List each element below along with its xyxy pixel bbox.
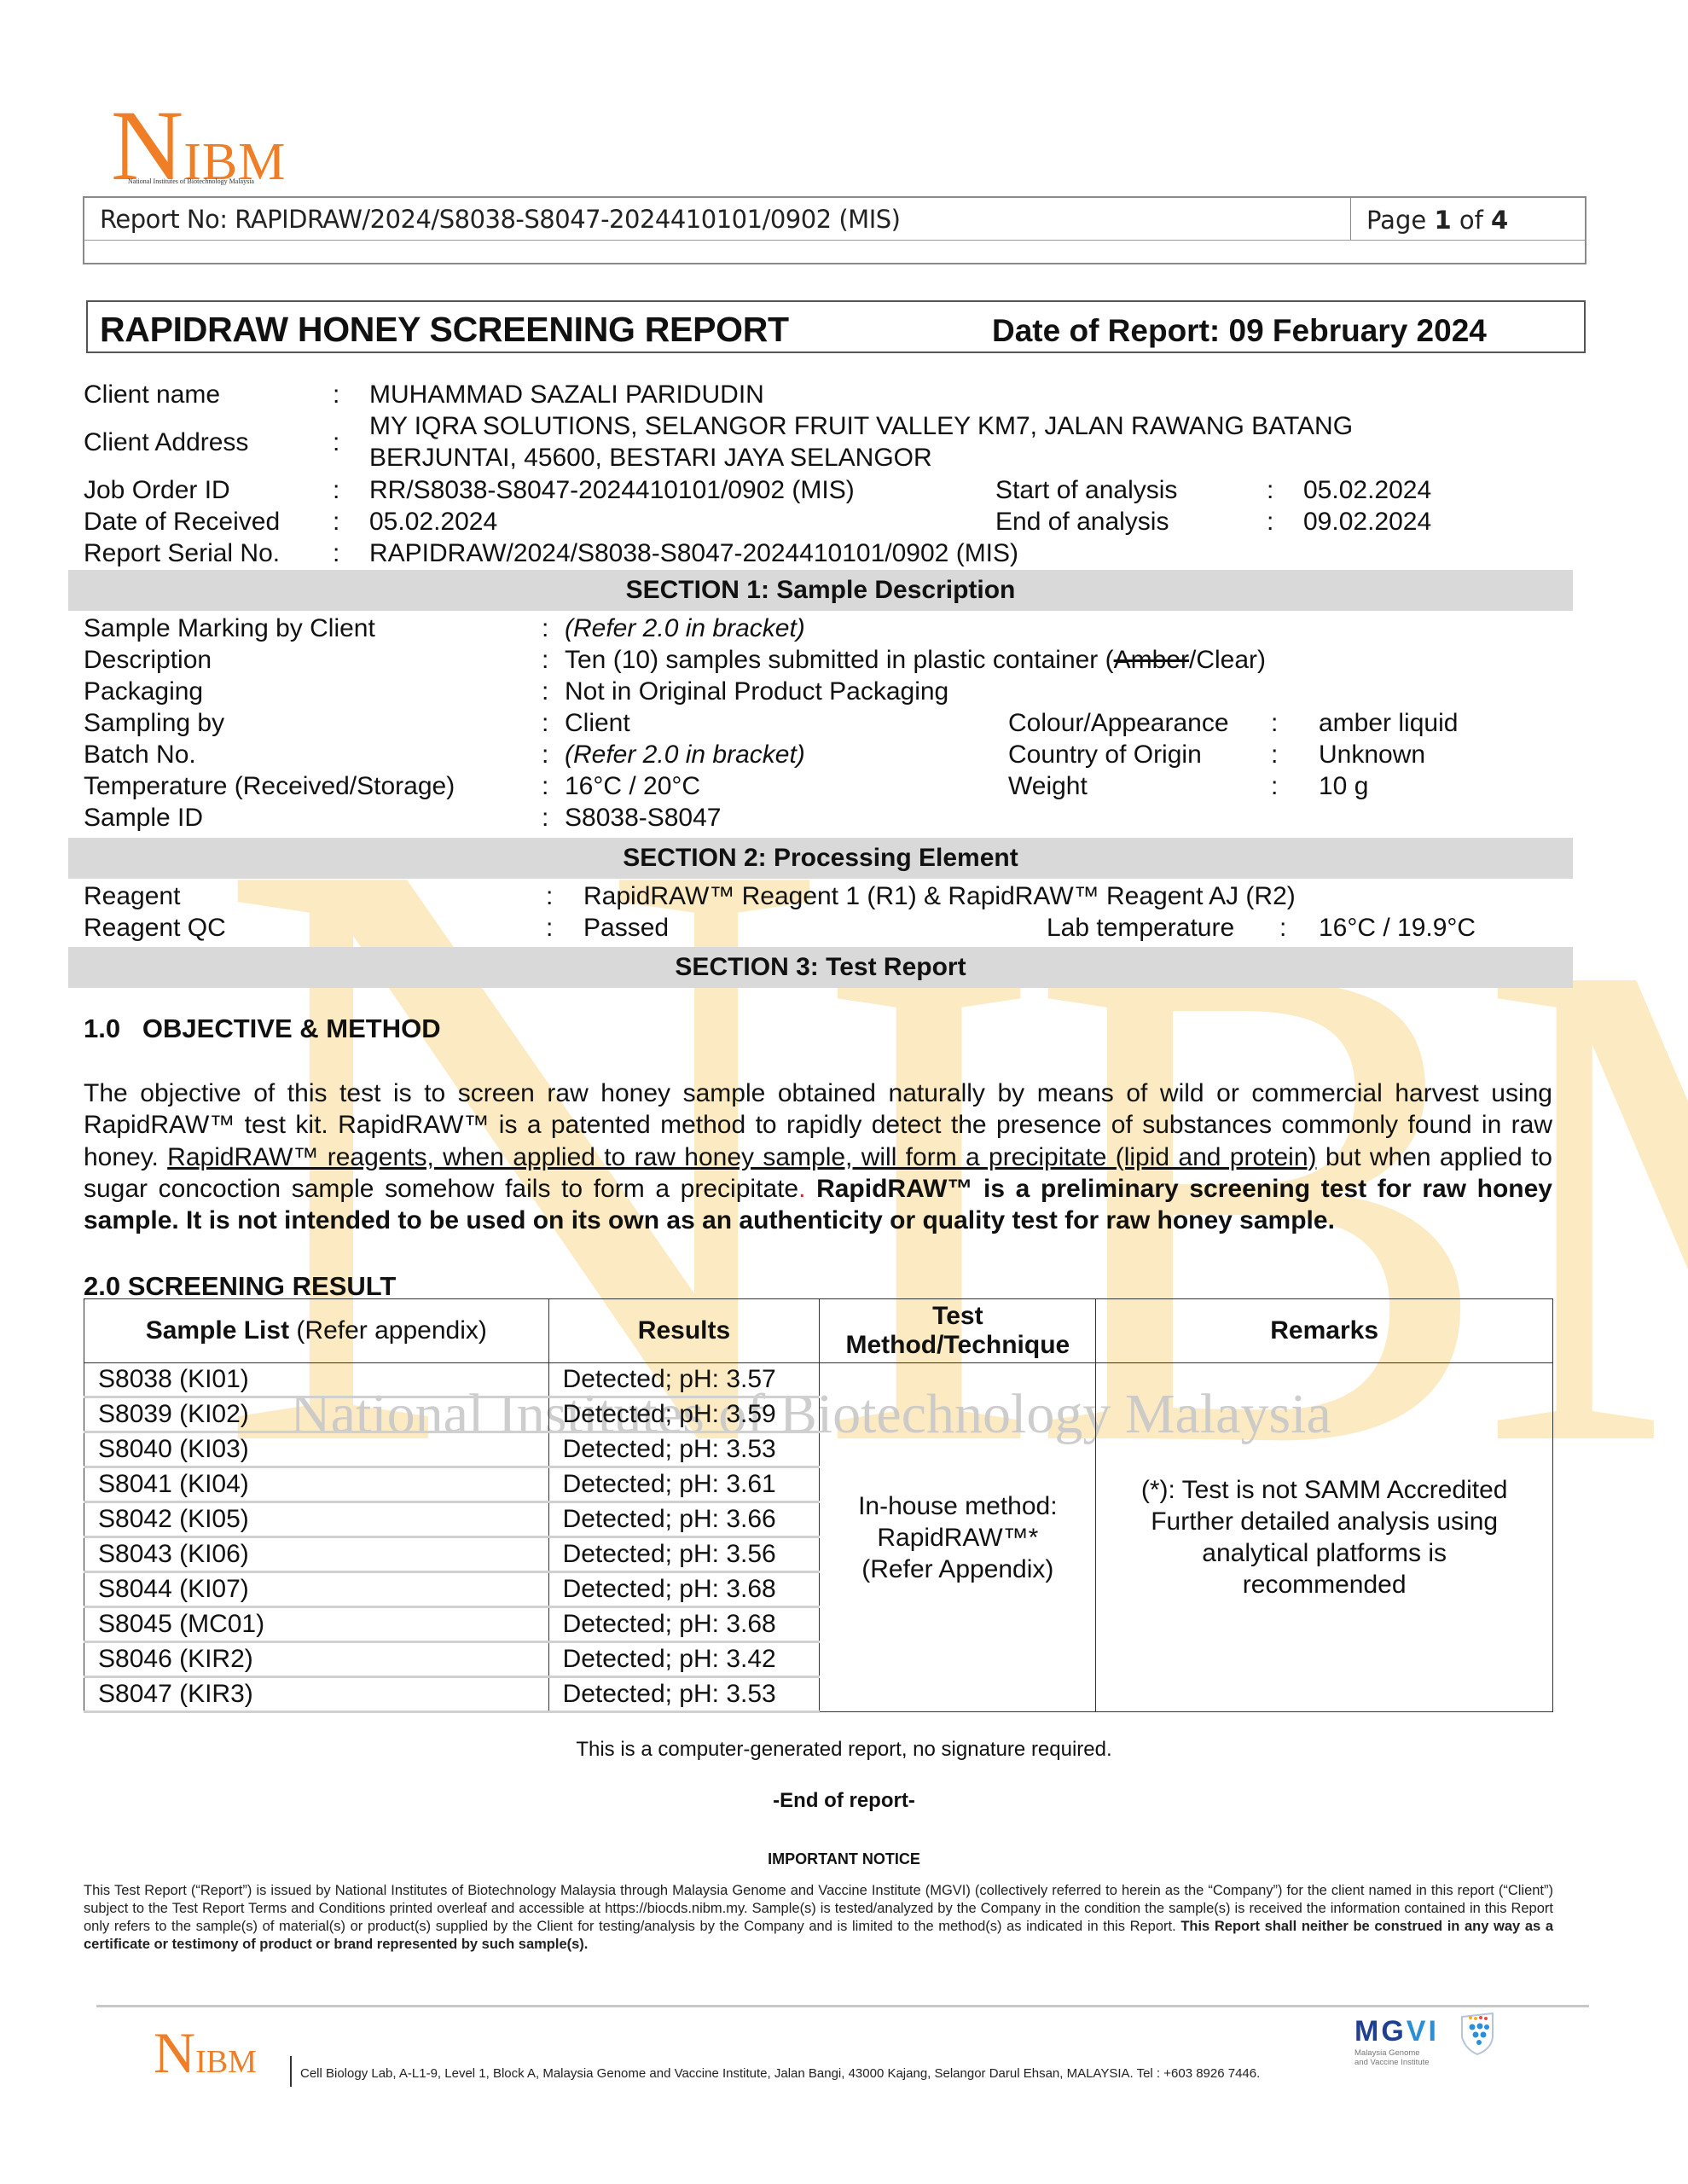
header-sample-list: Sample List (Refer appendix) xyxy=(84,1299,549,1363)
method-cell: In-house method:RapidRAW™*(Refer Appendi… xyxy=(820,1363,1096,1712)
client-address-line1: MY IQRA SOLUTIONS, SELANGOR FRUIT VALLEY… xyxy=(369,412,1353,441)
client-address-label: Client Address xyxy=(84,428,248,457)
result-cell: Detected; pH: 3.59 xyxy=(548,1397,820,1432)
page-label: Page xyxy=(1366,206,1426,235)
page-current: 1 xyxy=(1434,206,1451,235)
temperature: 16°C / 20°C xyxy=(565,772,700,801)
result-cell: Detected; pH: 3.61 xyxy=(548,1467,820,1502)
section3-header: SECTION 3: Test Report xyxy=(68,947,1573,988)
section2-header: SECTION 2: Processing Element xyxy=(68,838,1573,879)
client-address-line2: BERJUNTAI, 45600, BESTARI JAYA SELANGOR xyxy=(369,444,932,473)
result-cell: Detected; pH: 3.56 xyxy=(548,1537,820,1572)
sample-cell: S8042 (KI05) xyxy=(84,1502,549,1537)
end-analysis-label: End of analysis xyxy=(995,508,1169,537)
page-of: of xyxy=(1459,206,1483,235)
colon: : xyxy=(333,380,339,409)
batch-label: Batch No. xyxy=(84,741,196,770)
sample-id: S8038-S8047 xyxy=(565,804,722,833)
computer-generated-note: This is a computer-generated report, no … xyxy=(0,1738,1688,1762)
batch: (Refer 2.0 in bracket) xyxy=(565,741,805,770)
sample-id-label: Sample ID xyxy=(84,804,203,833)
screening-heading: 2.0 SCREENING RESULT xyxy=(84,1271,396,1302)
important-notice-title: IMPORTANT NOTICE xyxy=(0,1850,1688,1868)
table-row: S8038 (KI01)Detected; pH: 3.57In-house m… xyxy=(84,1363,1553,1397)
result-cell: Detected; pH: 3.68 xyxy=(548,1572,820,1607)
serial-label: Report Serial No. xyxy=(84,539,280,568)
objective-heading: 1.0 OBJECTIVE & METHOD xyxy=(84,1014,441,1044)
section1-header: SECTION 1: Sample Description xyxy=(68,570,1573,611)
temperature-label: Temperature (Received/Storage) xyxy=(84,772,455,801)
header-results: Results xyxy=(548,1299,820,1363)
date-received-label: Date of Received xyxy=(84,508,280,537)
underlined-statement: RapidRAW™ reagents, when applied to raw … xyxy=(167,1143,1316,1171)
colon: : xyxy=(1267,476,1273,505)
client-name-label: Client name xyxy=(84,380,220,409)
struck-text: Amber xyxy=(1114,646,1189,674)
colour-label: Colour/Appearance xyxy=(1008,709,1229,738)
mgvi-logo: MGVI Malaysia Genome and Vaccine Institu… xyxy=(1354,2015,1439,2067)
reagent-label: Reagent xyxy=(84,882,180,911)
remarks-cell: (*): Test is not SAMM AccreditedFurther … xyxy=(1096,1363,1553,1712)
header-method: TestMethod/Technique xyxy=(820,1299,1096,1363)
report-number-box: Report No: RAPIDRAW/2024/S8038-S8047-202… xyxy=(83,196,1586,264)
mgvi-shield-icon xyxy=(1459,2012,1496,2056)
important-notice-text: This Test Report (“Report”) is issued by… xyxy=(84,1882,1553,1954)
date-received: 05.02.2024 xyxy=(369,508,497,537)
colon: : xyxy=(1267,508,1273,537)
sample-cell: S8047 (KIR3) xyxy=(84,1677,549,1712)
result-cell: Detected; pH: 3.57 xyxy=(548,1363,820,1397)
header-remarks: Remarks xyxy=(1096,1299,1553,1363)
result-cell: Detected; pH: 3.42 xyxy=(548,1642,820,1677)
sample-cell: S8043 (KI06) xyxy=(84,1537,549,1572)
lab-temperature-label: Lab temperature xyxy=(1047,914,1234,943)
origin: Unknown xyxy=(1319,741,1425,770)
page-indicator: Page 1 of 4 xyxy=(1350,198,1587,240)
colon: : xyxy=(333,539,339,568)
lab-address: Cell Biology Lab, A-L1-9, Level 1, Block… xyxy=(300,2066,1260,2081)
sample-marking: (Refer 2.0 in bracket) xyxy=(565,614,805,643)
result-cell: Detected; pH: 3.53 xyxy=(548,1432,820,1467)
description-label: Description xyxy=(84,646,212,675)
origin-label: Country of Origin xyxy=(1008,741,1202,770)
colon: : xyxy=(333,476,339,505)
lab-temperature: 16°C / 19.9°C xyxy=(1319,914,1476,943)
report-serial: RAPIDRAW/2024/S8038-S8047-2024410101/090… xyxy=(369,539,1018,568)
sample-cell: S8039 (KI02) xyxy=(84,1397,549,1432)
report-title-box: RAPIDRAW HONEY SCREENING REPORT Date of … xyxy=(86,300,1586,353)
report-date: Date of Report: 09 February 2024 xyxy=(992,313,1487,349)
colon: : xyxy=(333,428,339,457)
objective-paragraph: The objective of this test is to screen … xyxy=(84,1077,1552,1236)
packaging-label: Packaging xyxy=(84,677,203,706)
page-total: 4 xyxy=(1491,206,1508,235)
description: Ten (10) samples submitted in plastic co… xyxy=(565,646,1266,675)
end-of-report: -End of report- xyxy=(0,1789,1688,1813)
sample-marking-label: Sample Marking by Client xyxy=(84,614,375,643)
colon: : xyxy=(333,508,339,537)
footer-separator xyxy=(290,2056,292,2087)
result-cell: Detected; pH: 3.68 xyxy=(548,1607,820,1642)
weight-label: Weight xyxy=(1008,772,1088,801)
reagent: RapidRAW™ Reagent 1 (R1) & RapidRAW™ Rea… xyxy=(583,882,1296,911)
sample-cell: S8044 (KI07) xyxy=(84,1572,549,1607)
sample-cell: S8040 (KI03) xyxy=(84,1432,549,1467)
nibm-logo-subtitle: National Institutes of Biotechnology Mal… xyxy=(128,177,254,185)
job-order-label: Job Order ID xyxy=(84,476,230,505)
end-analysis: 09.02.2024 xyxy=(1303,508,1431,537)
sampling-label: Sampling by xyxy=(84,709,224,738)
report-number: Report No: RAPIDRAW/2024/S8038-S8047-202… xyxy=(100,205,900,234)
report-title: RAPIDRAW HONEY SCREENING REPORT xyxy=(100,310,789,350)
sample-cell: S8045 (MC01) xyxy=(84,1607,549,1642)
start-analysis: 05.02.2024 xyxy=(1303,476,1431,505)
reagent-qc: Passed xyxy=(583,914,669,943)
sample-cell: S8046 (KIR2) xyxy=(84,1642,549,1677)
sampling: Client xyxy=(565,709,630,738)
results-table: Sample List (Refer appendix) Results Tes… xyxy=(84,1298,1553,1713)
colour: amber liquid xyxy=(1319,709,1458,738)
packaging: Not in Original Product Packaging xyxy=(565,677,948,706)
reagent-qc-label: Reagent QC xyxy=(84,914,226,943)
footer-divider xyxy=(96,2005,1589,2007)
result-cell: Detected; pH: 3.66 xyxy=(548,1502,820,1537)
nibm-footer-logo: NIBM xyxy=(154,2024,257,2082)
sample-cell: S8041 (KI04) xyxy=(84,1467,549,1502)
start-analysis-label: Start of analysis xyxy=(995,476,1177,505)
sample-cell: S8038 (KI01) xyxy=(84,1363,549,1397)
result-cell: Detected; pH: 3.53 xyxy=(548,1677,820,1712)
weight: 10 g xyxy=(1319,772,1368,801)
client-name: MUHAMMAD SAZALI PARIDUDIN xyxy=(369,380,764,409)
job-order-id: RR/S8038-S8047-2024410101/0902 (MIS) xyxy=(369,476,855,505)
